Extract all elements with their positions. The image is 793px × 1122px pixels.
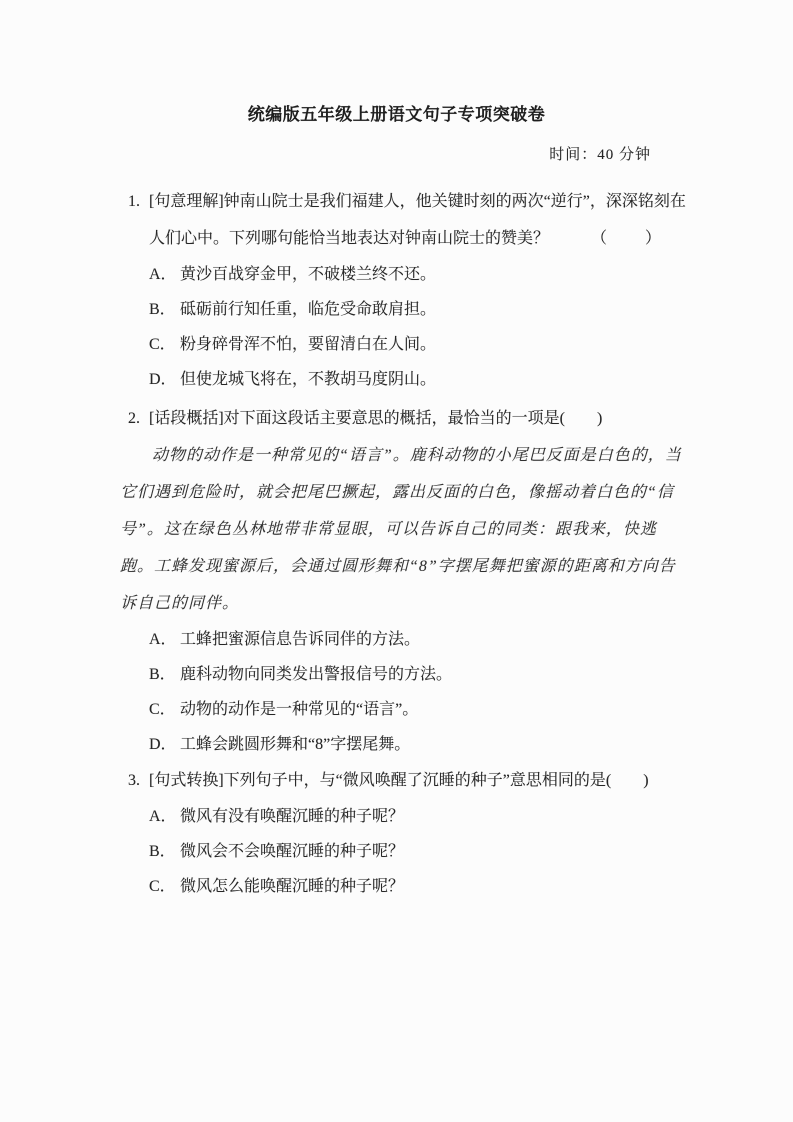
question-tag: [句意理解]: [149, 193, 224, 210]
question-2: 2.[话段概括]对下面这段话主要意思的概括，最恰当的一项是( ) 动物的动作是一…: [128, 400, 689, 762]
option-label: B．: [149, 292, 180, 327]
option-row: B．鹿科动物向同类发出警报信号的方法。: [128, 657, 689, 692]
question-3: 3.[句式转换]下列句子中，与“微风唤醒了沉睡的种子”意思相同的是( ) A．微…: [128, 762, 689, 904]
question-1-stem: 1.[句意理解]钟南山院士是我们福建人，他关键时刻的两次“逆行”，深深铭刻在人们…: [128, 183, 689, 257]
option-row: A．微风有没有唤醒沉睡的种子呢？: [128, 799, 689, 834]
exam-title: 统编版五年级上册语文句子专项突破卷: [128, 104, 665, 126]
option-row: C．动物的动作是一种常见的“语言”。: [128, 692, 689, 727]
option-label: D．: [149, 727, 180, 762]
option-text: 粉身碎骨浑不怕，要留清白在人间。: [180, 336, 436, 353]
option-text: 鹿科动物向同类发出警报信号的方法。: [180, 666, 452, 683]
option-text: 微风怎么能唤醒沉睡的种子呢？: [180, 878, 404, 895]
question-2-passage: 动物的动作是一种常见的“语言”。鹿科动物的小尾巴反面是白色的，当它们遇到危险时，…: [120, 437, 689, 622]
question-1-options: A．黄沙百战穿金甲，不破楼兰终不还。 B．砥砺前行知任重，临危受命敢肩担。 C．…: [128, 257, 689, 397]
option-label: D．: [149, 362, 180, 397]
question-3-options: A．微风有没有唤醒沉睡的种子呢？ B．微风会不会唤醒沉睡的种子呢？ C．微风怎么…: [128, 799, 689, 904]
question-3-stem: 3.[句式转换]下列句子中，与“微风唤醒了沉睡的种子”意思相同的是( ): [128, 762, 689, 799]
option-row: A．工蜂把蜜源信息告诉同伴的方法。: [128, 622, 689, 657]
question-number: 2.: [128, 400, 149, 437]
question-stem-text: 对下面这段话主要意思的概括，最恰当的一项是( ): [224, 410, 603, 427]
option-text: 微风会不会唤醒沉睡的种子呢？: [180, 843, 404, 860]
option-text: 工蜂把蜜源信息告诉同伴的方法。: [180, 631, 420, 648]
question-number: 1.: [128, 183, 149, 220]
option-text: 工蜂会跳圆形舞和“8”字摆尾舞。: [180, 736, 410, 753]
option-row: D．但使龙城飞将在，不教胡马度阴山。: [128, 362, 689, 397]
question-number: 3.: [128, 762, 149, 799]
option-row: B．砥砺前行知任重，临危受命敢肩担。: [128, 292, 689, 327]
option-text: 微风有没有唤醒沉睡的种子呢？: [180, 808, 404, 825]
document-page: 统编版五年级上册语文句子专项突破卷 时间：40 分钟 1.[句意理解]钟南山院士…: [0, 0, 793, 1122]
option-label: C．: [149, 869, 180, 904]
option-text: 黄沙百战穿金甲，不破楼兰终不还。: [180, 266, 436, 283]
time-limit: 时间：40 分钟: [128, 146, 665, 164]
option-row: B．微风会不会唤醒沉睡的种子呢？: [128, 834, 689, 869]
question-1: 1.[句意理解]钟南山院士是我们福建人，他关键时刻的两次“逆行”，深深铭刻在人们…: [128, 183, 689, 397]
question-tag: [句式转换]: [149, 772, 224, 789]
option-label: A．: [149, 257, 180, 292]
question-tag: [话段概括]: [149, 410, 224, 427]
question-2-stem: 2.[话段概括]对下面这段话主要意思的概括，最恰当的一项是( ): [128, 400, 689, 437]
option-row: C．微风怎么能唤醒沉睡的种子呢？: [128, 869, 689, 904]
option-text: 砥砺前行知任重，临危受命敢肩担。: [180, 301, 436, 318]
option-text: 但使龙城飞将在，不教胡马度阴山。: [180, 371, 436, 388]
question-2-options: A．工蜂把蜜源信息告诉同伴的方法。 B．鹿科动物向同类发出警报信号的方法。 C．…: [128, 622, 689, 762]
option-label: C．: [149, 692, 180, 727]
option-row: D．工蜂会跳圆形舞和“8”字摆尾舞。: [128, 727, 689, 762]
option-label: B．: [149, 657, 180, 692]
answer-bracket: （ ）: [591, 220, 663, 257]
option-label: A．: [149, 622, 180, 657]
option-label: C．: [149, 327, 180, 362]
question-stem-text: 下列句子中，与“微风唤醒了沉睡的种子”意思相同的是( ): [224, 772, 649, 789]
option-row: A．黄沙百战穿金甲，不破楼兰终不还。: [128, 257, 689, 292]
option-label: A．: [149, 799, 180, 834]
option-row: C．粉身碎骨浑不怕，要留清白在人间。: [128, 327, 689, 362]
option-text: 动物的动作是一种常见的“语言”。: [180, 701, 418, 718]
option-label: B．: [149, 834, 180, 869]
